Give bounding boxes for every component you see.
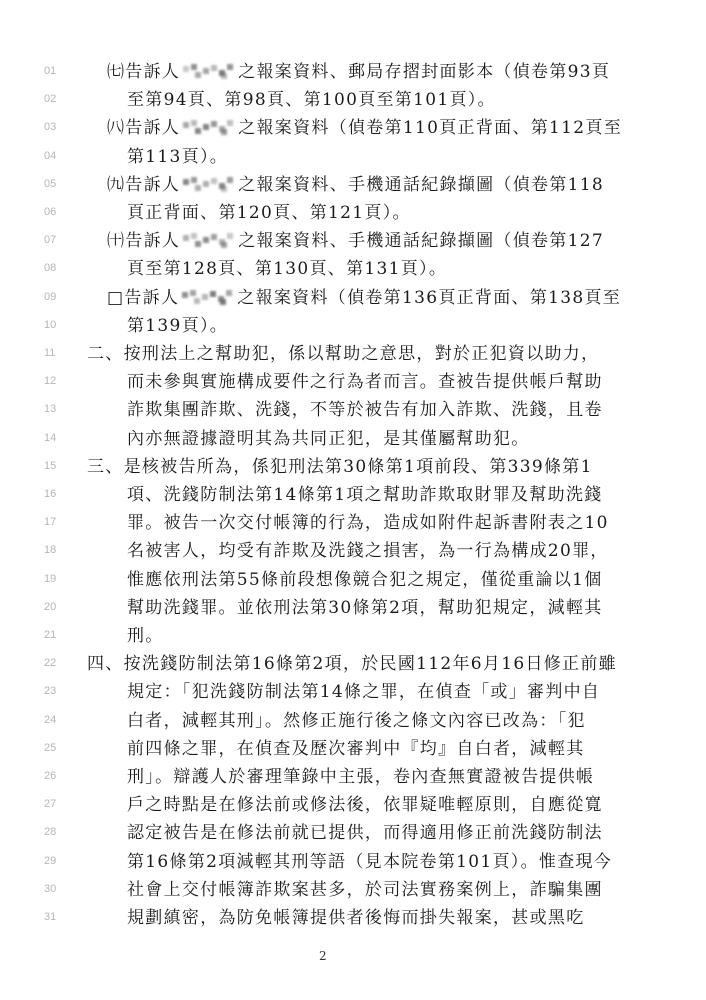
document-line: 31規劃縝密，為防免帳簿提供者後悔而掛失報案，甚或黑吃 bbox=[0, 903, 706, 933]
document-line: 30社會上交付帳簿詐欺案甚多，於司法實務案例上，詐騙集團 bbox=[0, 875, 706, 905]
line-text: 刑。 bbox=[127, 621, 164, 651]
text-segment: ㈨告訴人 bbox=[107, 175, 180, 195]
document-line: 01㈦告訴人之報案資料、郵局存摺封面影本（偵卷第93頁 bbox=[0, 57, 706, 87]
document-line: 23規定：「犯洗錢防制法第14條之罪，在偵查「或」審判中自 bbox=[0, 677, 706, 707]
line-text: 三、是核被告所為，係犯刑法第30條第1項前段、第339條第1 bbox=[87, 452, 593, 482]
document-line: 25前四條之罪，在偵查及歷次審判中『均』自白者，減輕其 bbox=[0, 734, 706, 764]
document-line: 07㈩告訴人之報案資料、手機通話紀錄擷圖（偵卷第127 bbox=[0, 226, 706, 256]
line-text: 頁正背面、第120頁、第121頁）。 bbox=[127, 198, 411, 228]
text-segment: 規定：「犯洗錢防制法第14條之罪，在偵查「或」審判中自 bbox=[127, 682, 600, 702]
document-line: 06頁正背面、第120頁、第121頁）。 bbox=[0, 198, 706, 228]
document-line: 20幫助洗錢罪。並依刑法第30條第2項，幫助犯規定，減輕其 bbox=[0, 593, 706, 623]
line-text: 幫助洗錢罪。並依刑法第30條第2項，幫助犯規定，減輕其 bbox=[127, 593, 603, 623]
text-segment: 刑」。辯護人於審理筆錄中主張，卷內查無實證被告提供帳 bbox=[127, 767, 594, 787]
line-number: 23 bbox=[44, 685, 68, 697]
line-text: ㈨告訴人之報案資料、手機通話紀錄擷圖（偵卷第118 bbox=[107, 170, 604, 200]
line-text: ㈧告訴人之報案資料（偵卷第110頁正背面、第112頁至 bbox=[107, 113, 622, 143]
line-text: 前四條之罪，在偵查及歷次審判中『均』自白者，減輕其 bbox=[127, 734, 585, 764]
line-number: 20 bbox=[44, 601, 68, 613]
line-number: 05 bbox=[44, 178, 68, 190]
redacted-name bbox=[181, 231, 237, 248]
line-text: 第16條第2項減輕其刑等語（見本院卷第101頁）。惟查現今 bbox=[127, 847, 612, 877]
document-line: 10第139頁）。 bbox=[0, 311, 706, 341]
document-line: 14內亦無證據證明其為共同正犯，是其僅屬幫助犯。 bbox=[0, 424, 706, 454]
line-number: 04 bbox=[44, 150, 68, 162]
redacted-name bbox=[180, 288, 236, 305]
line-number: 03 bbox=[44, 121, 68, 133]
text-segment: 頁正背面、第120頁、第121頁）。 bbox=[127, 203, 411, 223]
line-text: 規劃縝密，為防免帳簿提供者後悔而掛失報案，甚或黑吃 bbox=[127, 903, 585, 933]
line-number: 16 bbox=[44, 488, 68, 500]
text-segment: 名被害人，均受有詐欺及洗錢之損害，為一行為構成20罪， bbox=[127, 541, 609, 561]
line-number: 22 bbox=[44, 657, 68, 669]
text-segment: 惟應依刑法第55條前段想像競合犯之規定，僅從重論以1個 bbox=[127, 570, 603, 590]
line-number: 12 bbox=[44, 375, 68, 387]
redacted-name bbox=[181, 62, 237, 79]
text-segment: 之報案資料（偵卷第136頁正背面、第138頁至 bbox=[237, 288, 621, 308]
document-line: 18名被害人，均受有詐欺及洗錢之損害，為一行為構成20罪， bbox=[0, 536, 706, 566]
line-text: 惟應依刑法第55條前段想像競合犯之規定，僅從重論以1個 bbox=[127, 565, 603, 595]
text-segment: 幫助洗錢罪。並依刑法第30條第2項，幫助犯規定，減輕其 bbox=[127, 598, 603, 618]
document-line: 09□告訴人之報案資料（偵卷第136頁正背面、第138頁至 bbox=[0, 283, 706, 313]
text-segment: 戶之時點是在修法前或修法後，依罪疑唯輕原則，自應從寬 bbox=[127, 795, 603, 815]
line-number: 13 bbox=[44, 403, 68, 415]
document-line: 03㈧告訴人之報案資料（偵卷第110頁正背面、第112頁至 bbox=[0, 113, 706, 143]
line-number: 09 bbox=[44, 291, 68, 303]
text-segment: 而未參與實施構成要件之行為者而言。查被告提供帳戶幫助 bbox=[127, 372, 603, 392]
text-segment: 之報案資料、手機通話紀錄擷圖（偵卷第127 bbox=[238, 231, 604, 251]
redacted-name bbox=[181, 118, 237, 135]
document-line: 15三、是核被告所為，係犯刑法第30條第1項前段、第339條第1 bbox=[0, 452, 706, 482]
line-number: 26 bbox=[44, 770, 68, 782]
text-segment: 規劃縝密，為防免帳簿提供者後悔而掛失報案，甚或黑吃 bbox=[127, 908, 585, 928]
line-number: 17 bbox=[44, 516, 68, 528]
line-text: ㈦告訴人之報案資料、郵局存摺封面影本（偵卷第93頁 bbox=[107, 57, 610, 87]
line-number: 14 bbox=[44, 432, 68, 444]
text-segment: 第139頁）。 bbox=[127, 316, 228, 336]
document-line: 11二、按刑法上之幫助犯，係以幫助之意思，對於正犯資以助力， bbox=[0, 339, 706, 369]
line-text: 罪。被告一次交付帳簿的行為，造成如附件起訴書附表之10 bbox=[127, 508, 609, 538]
text-segment: 罪。被告一次交付帳簿的行為，造成如附件起訴書附表之10 bbox=[127, 513, 609, 533]
text-segment: 第16條第2項減輕其刑等語（見本院卷第101頁）。惟查現今 bbox=[127, 852, 612, 872]
line-number: 27 bbox=[44, 798, 68, 810]
line-text: 名被害人，均受有詐欺及洗錢之損害，為一行為構成20罪， bbox=[127, 536, 609, 566]
line-number: 15 bbox=[44, 460, 68, 472]
line-number: 30 bbox=[44, 883, 68, 895]
text-segment: 認定被告是在修法前就已提供，而得適用修正前洗錢防制法 bbox=[127, 823, 603, 843]
text-segment: 詐欺集團詐欺、洗錢，不等於被告有加入詐欺、洗錢，且卷 bbox=[127, 400, 603, 420]
text-segment: ㈧告訴人 bbox=[107, 118, 180, 138]
line-number: 21 bbox=[44, 629, 68, 641]
line-number: 31 bbox=[44, 911, 68, 923]
line-text: ㈩告訴人之報案資料、手機通話紀錄擷圖（偵卷第127 bbox=[107, 226, 604, 256]
line-number: 02 bbox=[44, 93, 68, 105]
document-line: 05㈨告訴人之報案資料、手機通話紀錄擷圖（偵卷第118 bbox=[0, 170, 706, 200]
page-number: 2 bbox=[319, 949, 327, 963]
line-text: 第139頁）。 bbox=[127, 311, 228, 341]
text-segment: 社會上交付帳簿詐欺案甚多，於司法實務案例上，詐騙集團 bbox=[127, 880, 603, 900]
text-segment: 之報案資料、郵局存摺封面影本（偵卷第93頁 bbox=[238, 62, 610, 82]
document-line: 26刑」。辯護人於審理筆錄中主張，卷內查無實證被告提供帳 bbox=[0, 762, 706, 792]
line-number: 25 bbox=[44, 742, 68, 754]
line-text: 至第94頁、第98頁、第100頁至第101頁）。 bbox=[127, 85, 496, 115]
text-segment: □告訴人 bbox=[107, 288, 179, 308]
line-number: 07 bbox=[44, 234, 68, 246]
line-text: 規定：「犯洗錢防制法第14條之罪，在偵查「或」審判中自 bbox=[127, 677, 600, 707]
text-segment: 之報案資料（偵卷第110頁正背面、第112頁至 bbox=[238, 118, 622, 138]
line-text: 第113頁）。 bbox=[127, 142, 228, 172]
document-line: 29第16條第2項減輕其刑等語（見本院卷第101頁）。惟查現今 bbox=[0, 847, 706, 877]
text-segment: 頁至第128頁、第130頁、第131頁）。 bbox=[127, 259, 447, 279]
document-line: 17罪。被告一次交付帳簿的行為，造成如附件起訴書附表之10 bbox=[0, 508, 706, 538]
line-text: 詐欺集團詐欺、洗錢，不等於被告有加入詐欺、洗錢，且卷 bbox=[127, 395, 603, 425]
text-segment: 三、是核被告所為，係犯刑法第30條第1項前段、第339條第1 bbox=[87, 457, 593, 477]
text-segment: 至第94頁、第98頁、第100頁至第101頁）。 bbox=[127, 90, 496, 110]
line-text: 刑」。辯護人於審理筆錄中主張，卷內查無實證被告提供帳 bbox=[127, 762, 594, 792]
line-number: 29 bbox=[44, 855, 68, 867]
line-text: 頁至第128頁、第130頁、第131頁）。 bbox=[127, 254, 447, 284]
document-page: 01㈦告訴人之報案資料、郵局存摺封面影本（偵卷第93頁02至第94頁、第98頁、… bbox=[0, 0, 706, 1000]
text-segment: 四、按洗錢防制法第16條第2項，於民國112年6月16日修正前雖 bbox=[87, 654, 617, 674]
document-line: 13詐欺集團詐欺、洗錢，不等於被告有加入詐欺、洗錢，且卷 bbox=[0, 395, 706, 425]
document-line: 19惟應依刑法第55條前段想像競合犯之規定，僅從重論以1個 bbox=[0, 565, 706, 595]
document-line: 04第113頁）。 bbox=[0, 142, 706, 172]
line-number: 01 bbox=[44, 65, 68, 77]
document-line: 02至第94頁、第98頁、第100頁至第101頁）。 bbox=[0, 85, 706, 115]
document-line: 27戶之時點是在修法前或修法後，依罪疑唯輕原則，自應從寬 bbox=[0, 790, 706, 820]
line-text: 戶之時點是在修法前或修法後，依罪疑唯輕原則，自應從寬 bbox=[127, 790, 603, 820]
line-text: 內亦無證據證明其為共同正犯，是其僅屬幫助犯。 bbox=[127, 424, 530, 454]
text-segment: ㈩告訴人 bbox=[107, 231, 180, 251]
line-number: 28 bbox=[44, 826, 68, 838]
line-number: 19 bbox=[44, 573, 68, 585]
text-segment: 項、洗錢防制法第14條第1項之幫助詐欺取財罪及幫助洗錢 bbox=[127, 485, 603, 505]
text-segment: ㈦告訴人 bbox=[107, 62, 180, 82]
line-text: 項、洗錢防制法第14條第1項之幫助詐欺取財罪及幫助洗錢 bbox=[127, 480, 603, 510]
line-number: 08 bbox=[44, 262, 68, 274]
line-text: 社會上交付帳簿詐欺案甚多，於司法實務案例上，詐騙集團 bbox=[127, 875, 603, 905]
line-text: 認定被告是在修法前就已提供，而得適用修正前洗錢防制法 bbox=[127, 818, 603, 848]
line-number: 24 bbox=[44, 714, 68, 726]
line-text: 二、按刑法上之幫助犯，係以幫助之意思，對於正犯資以助力， bbox=[87, 339, 599, 369]
document-line: 16項、洗錢防制法第14條第1項之幫助詐欺取財罪及幫助洗錢 bbox=[0, 480, 706, 510]
text-segment: 第113頁）。 bbox=[127, 147, 228, 167]
line-text: 而未參與實施構成要件之行為者而言。查被告提供帳戶幫助 bbox=[127, 367, 603, 397]
line-text: 四、按洗錢防制法第16條第2項，於民國112年6月16日修正前雖 bbox=[87, 649, 617, 679]
text-segment: 刑。 bbox=[127, 626, 164, 646]
text-segment: 前四條之罪，在偵查及歷次審判中『均』自白者，減輕其 bbox=[127, 739, 585, 759]
text-segment: 二、按刑法上之幫助犯，係以幫助之意思，對於正犯資以助力， bbox=[87, 344, 599, 364]
line-number: 11 bbox=[44, 347, 68, 359]
document-line: 28認定被告是在修法前就已提供，而得適用修正前洗錢防制法 bbox=[0, 818, 706, 848]
document-line: 21刑。 bbox=[0, 621, 706, 651]
line-number: 18 bbox=[44, 544, 68, 556]
text-segment: 內亦無證據證明其為共同正犯，是其僅屬幫助犯。 bbox=[127, 429, 530, 449]
line-number: 06 bbox=[44, 206, 68, 218]
document-line: 24白者，減輕其刑」。然修正施行後之條文內容已改為：「犯 bbox=[0, 706, 706, 736]
document-line: 12而未參與實施構成要件之行為者而言。查被告提供帳戶幫助 bbox=[0, 367, 706, 397]
text-segment: 白者，減輕其刑」。然修正施行後之條文內容已改為：「犯 bbox=[127, 711, 586, 731]
document-line: 22四、按洗錢防制法第16條第2項，於民國112年6月16日修正前雖 bbox=[0, 649, 706, 679]
line-number: 10 bbox=[44, 319, 68, 331]
text-segment: 之報案資料、手機通話紀錄擷圖（偵卷第118 bbox=[238, 175, 604, 195]
line-text: □告訴人之報案資料（偵卷第136頁正背面、第138頁至 bbox=[107, 283, 621, 313]
document-line: 08頁至第128頁、第130頁、第131頁）。 bbox=[0, 254, 706, 284]
redacted-name bbox=[181, 175, 237, 192]
line-text: 白者，減輕其刑」。然修正施行後之條文內容已改為：「犯 bbox=[127, 706, 586, 736]
